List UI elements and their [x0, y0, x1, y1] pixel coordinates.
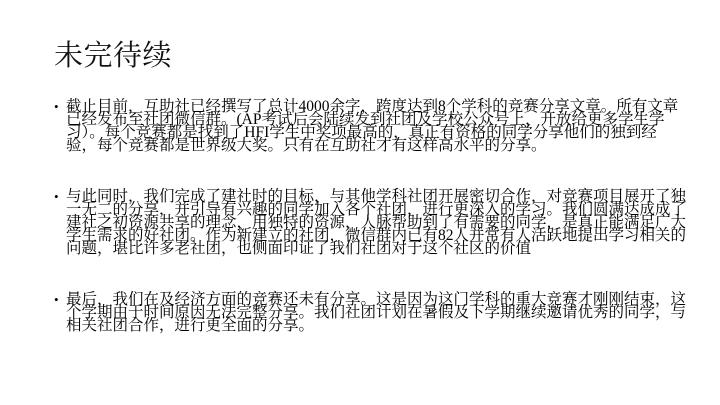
bullet-icon: • [54, 293, 66, 306]
bullet-icon: • [54, 190, 66, 203]
presentation-slide: 未完待续 • 截止目前，互助社已经撰写了总计4000余字，跨度达到8个学科的竞赛… [0, 0, 720, 405]
bullet-item: • 最后，我们在及经济方面的竞赛还未有分享。这是因为这门学科的重大竞赛才刚刚结束… [54, 293, 690, 332]
bullet-item: • 截止目前，互助社已经撰写了总计4000余字，跨度达到8个学科的竞赛分享文章。… [54, 100, 690, 152]
bullet-paragraph-2: 与此同时，我们完成了建社时的目标，与其他学科社团开展密切合作，对竞赛项目展开了独… [66, 190, 686, 255]
bullet-paragraph-3: 最后，我们在及经济方面的竞赛还未有分享。这是因为这门学科的重大竞赛才刚刚结束，这… [66, 293, 686, 332]
slide-body-text: • 截止目前，互助社已经撰写了总计4000余字，跨度达到8个学科的竞赛分享文章。… [54, 100, 690, 332]
bullet-item: • 与此同时，我们完成了建社时的目标，与其他学科社团开展密切合作，对竞赛项目展开… [54, 190, 690, 255]
bullet-paragraph-1: 截止目前，互助社已经撰写了总计4000余字，跨度达到8个学科的竞赛分享文章。所有… [66, 100, 686, 152]
slide-title: 未完待续 [54, 38, 172, 74]
bullet-icon: • [54, 100, 66, 113]
